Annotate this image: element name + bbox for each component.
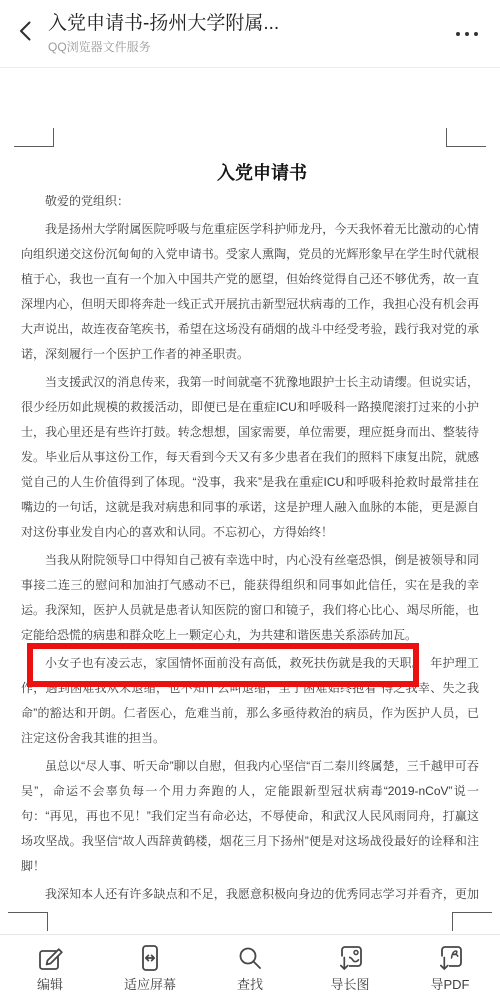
chevron-left-icon: [14, 19, 38, 48]
page-corner-mark-bottom-left: [8, 912, 48, 931]
fit-screen-button[interactable]: 适应屏幕: [121, 943, 179, 993]
document-title: 入党申请书: [21, 161, 479, 186]
back-button[interactable]: [0, 19, 48, 48]
doc-paragraph-highlighted: 小女子也有凌云志，家国情怀面前没有高低，救死扶伤就是我的天职。 年护理工作，遇到…: [21, 651, 479, 751]
edit-icon: [35, 943, 65, 973]
ellipsis-dot: [474, 32, 478, 36]
doc-paragraph: 我是扬州大学附属医院呼吸与危重症医学科护师龙丹，今天我怀着无比激动的心情向组织递…: [21, 217, 479, 367]
page-corner-mark-bottom-right: [452, 912, 492, 931]
ellipsis-dot: [465, 32, 469, 36]
fit-screen-icon: [135, 943, 165, 973]
page-subtitle: QQ浏览器文件服务: [48, 38, 446, 55]
document-text: 入党申请书 敬爱的党组织： 我是扬州大学附属医院呼吸与危重症医学科护师龙丹，今天…: [0, 68, 500, 906]
page-corner-mark-top-left: [14, 128, 54, 147]
tool-label: 导长图: [330, 974, 369, 993]
header-title-block: 入党申请书-扬州大学附属... QQ浏览器文件服务: [48, 13, 446, 55]
more-menu-button[interactable]: [446, 32, 500, 36]
export-pdf-button[interactable]: 导PDF: [421, 943, 479, 993]
export-long-image-icon: [335, 943, 365, 973]
doc-paragraph: 虽总以“尽人事、听天命”聊以自慰，但我内心坚信“百二秦川终属楚，三千越甲可吞吴”…: [21, 754, 479, 879]
doc-paragraph-text: 小女子也有凌云志，家国情怀面前没有高低，救死扶伤就是我的天职。 年护理工作，遇到…: [21, 656, 479, 745]
page-corner-mark-top-right: [446, 128, 486, 147]
ellipsis-dot: [456, 32, 460, 36]
bottom-toolbar: 编辑 适应屏幕 查找 导长图: [0, 934, 500, 1000]
export-long-image-button[interactable]: 导长图: [321, 943, 379, 993]
export-pdf-icon: [435, 943, 465, 973]
tool-label: 查找: [237, 974, 263, 993]
doc-paragraph: 当我从附院领导口中得知自己被有幸选中时，内心没有丝毫恐惧，倒是被领导和同事接二连…: [21, 548, 479, 648]
tool-label: 导PDF: [430, 974, 469, 993]
doc-paragraph: 当支援武汉的消息传来，我第一时间就毫不犹豫地跟护士长主动请缨。但说实话，很少经历…: [21, 370, 479, 545]
find-button[interactable]: 查找: [221, 943, 279, 993]
document-viewport[interactable]: 入党申请书 敬爱的党组织： 我是扬州大学附属医院呼吸与危重症医学科护师龙丹，今天…: [0, 68, 500, 934]
page-title: 入党申请书-扬州大学附属...: [48, 13, 446, 35]
edit-button[interactable]: 编辑: [21, 943, 79, 993]
tool-label: 适应屏幕: [124, 974, 176, 993]
tool-label: 编辑: [37, 974, 63, 993]
salutation: 敬爱的党组织：: [21, 189, 479, 214]
search-icon: [235, 943, 265, 973]
app-header: 入党申请书-扬州大学附属... QQ浏览器文件服务: [0, 0, 500, 68]
doc-paragraph: 我深知本人还有许多缺点和不足，我愿意积极向身边的优秀同志学习并看齐，更加严: [21, 882, 479, 906]
